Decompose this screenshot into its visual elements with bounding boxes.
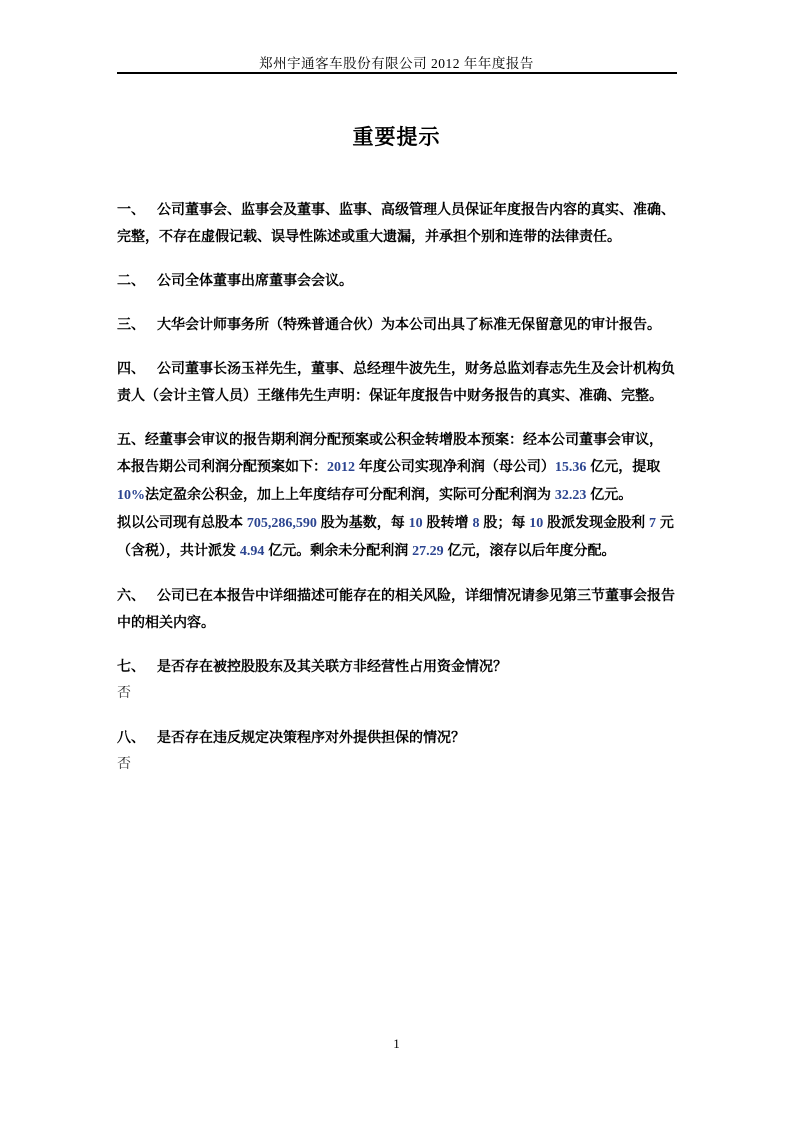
item-text: 本报告期公司利润分配预案如下： [117, 458, 327, 474]
page-footer: 1 [0, 1036, 793, 1052]
report-item: 八、是否存在违反规定决策程序对外提供担保的情况？否 [117, 724, 707, 778]
numeric-value: 32.23 [555, 488, 587, 503]
item-text: 责人（会计主管人员）王继伟先生声明：保证年度报告中财务报告的真实、准确、完整。 [117, 387, 663, 403]
report-item: 七、是否存在被控股股东及其关联方非经营性占用资金情况？否 [117, 653, 707, 707]
report-item: 四、公司董事长汤玉祥先生，董事、总经理牛波先生，财务总监刘春志先生及会计机构负责… [117, 355, 707, 409]
numeric-value: 7 [649, 516, 656, 531]
report-item: 五、经董事会审议的报告期利润分配预案或公积金转增股本预案：经本公司董事会审议，本… [117, 426, 707, 565]
numeric-value: 15.36 [555, 460, 587, 475]
item-text: 拟以公司现有总股本 [117, 514, 247, 530]
item-text: 是否存在被控股股东及其关联方非经营性占用资金情况？ [157, 658, 507, 674]
item-text: 年度公司实现净利润（母公司） [355, 458, 555, 474]
item-text: 是否存在违反规定决策程序对外提供担保的情况？ [157, 729, 465, 745]
item-number-label: 二、 [117, 272, 145, 288]
numeric-value: 27.29 [412, 544, 444, 559]
item-text: 股为基数，每 [317, 514, 409, 530]
item-text: 大华会计师事务所（特殊普通合伙）为本公司出具了标准无保留意见的审计报告。 [157, 316, 661, 332]
document-page: 郑州宇通客车股份有限公司 2012 年年度报告 重要提示 一、公司董事会、监事会… [0, 0, 793, 1122]
item-text: 元 [656, 514, 674, 530]
item-text: 亿元，滚存以后年度分配。 [444, 542, 616, 558]
numeric-value: 4.94 [240, 544, 265, 559]
item-answer: 否 [117, 680, 707, 707]
report-header-text: 郑州宇通客车股份有限公司 2012 年年度报告 [259, 56, 534, 71]
item-text: 经董事会审议的报告期利润分配预案或公积金转增股本预案：经本公司董事会审议， [145, 431, 663, 447]
item-number-label: 三、 [117, 316, 145, 332]
page-title: 重要提示 [0, 121, 793, 151]
numeric-value: 10 [409, 516, 423, 531]
report-item: 三、大华会计师事务所（特殊普通合伙）为本公司出具了标准无保留意见的审计报告。 [117, 311, 707, 338]
item-text: 公司已在本报告中详细描述可能存在的相关风险，详细情况请参见第三节董事会报告 [157, 587, 675, 603]
item-text: 中的相关内容。 [117, 614, 215, 630]
item-text: 完整，不存在虚假记载、误导性陈述或重大遗漏，并承担个别和连带的法律责任。 [117, 228, 621, 244]
item-text: （含税），共计派发 [117, 542, 240, 558]
numeric-value: 10% [117, 488, 145, 503]
item-text: 法定盈余公积金，加上上年度结存可分配利润，实际可分配利润为 [145, 486, 555, 502]
report-item: 六、公司已在本报告中详细描述可能存在的相关风险，详细情况请参见第三节董事会报告中… [117, 582, 707, 636]
page-number: 1 [393, 1036, 400, 1051]
item-text: 公司全体董事出席董事会会议。 [157, 272, 353, 288]
page-header: 郑州宇通客车股份有限公司 2012 年年度报告 [0, 52, 793, 72]
item-number-label: 八、 [117, 729, 145, 745]
item-text: 公司董事长汤玉祥先生，董事、总经理牛波先生，财务总监刘春志先生及会计机构负 [157, 360, 675, 376]
numeric-value: 2012 [327, 460, 355, 475]
item-number-label: 五、 [117, 431, 145, 447]
item-text: 股；每 [479, 514, 529, 530]
numeric-value: 10 [529, 516, 543, 531]
numeric-value: 705,286,590 [247, 516, 317, 531]
item-text: 股转增 [423, 514, 473, 530]
item-text: 公司董事会、监事会及董事、监事、高级管理人员保证年度报告内容的真实、准确、 [157, 201, 675, 217]
report-item: 二、公司全体董事出席董事会会议。 [117, 267, 707, 294]
item-text: 亿元。 [586, 486, 632, 502]
item-number-label: 一、 [117, 201, 145, 217]
notice-items-section: 一、公司董事会、监事会及董事、监事、高级管理人员保证年度报告内容的真实、准确、完… [117, 196, 707, 795]
item-answer: 否 [117, 751, 707, 778]
item-number-label: 四、 [117, 360, 145, 376]
item-text: 亿元，提取 [586, 458, 660, 474]
header-rule [117, 72, 677, 74]
report-item: 一、公司董事会、监事会及董事、监事、高级管理人员保证年度报告内容的真实、准确、完… [117, 196, 707, 250]
item-number-label: 六、 [117, 587, 145, 603]
item-text: 亿元。剩余未分配利润 [264, 542, 412, 558]
item-text: 股派发现金股利 [543, 514, 649, 530]
item-number-label: 七、 [117, 658, 145, 674]
